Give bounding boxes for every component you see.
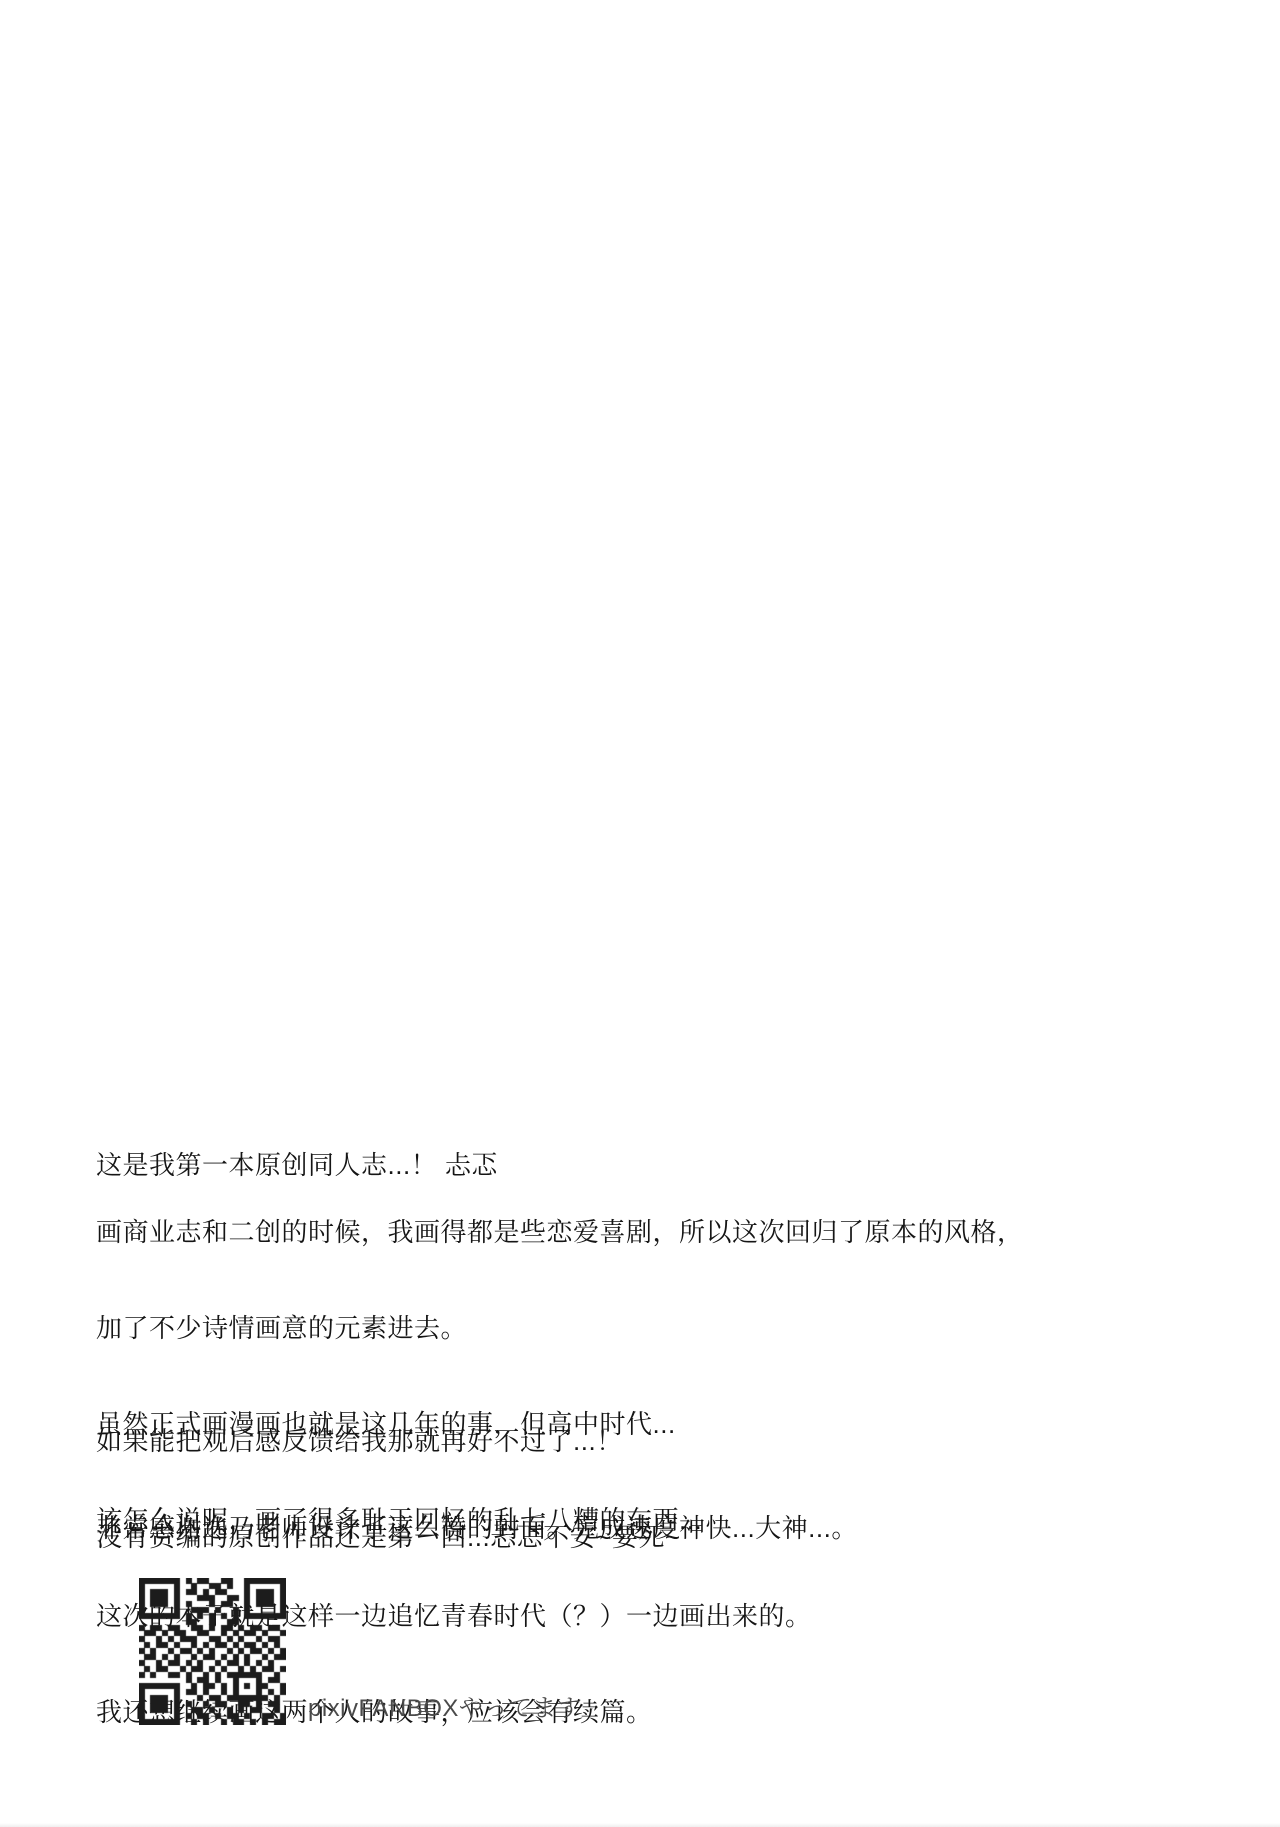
page-scan-edge bbox=[0, 1823, 1280, 1827]
fanbox-label: pixivFANBOXやってます bbox=[308, 1694, 581, 1724]
fanbox-qr-code bbox=[139, 1578, 286, 1725]
scanned-afterword-page: 这是我第一本原创同人志...！ 忐忑 画商业志和二创的时候，我画得都是些恋爱喜剧… bbox=[0, 0, 1280, 1827]
afterword-line: 画商业志和二创的时候，我画得都是些恋爱喜剧，所以这次回归了原本的风格， bbox=[96, 1216, 1024, 1248]
afterword-line: 非常感谢逸乃老师设计了这么赞的封面。完成速度神快...大神...。 bbox=[96, 1512, 858, 1544]
afterword-line: 加了不少诗情画意的元素进去。 bbox=[96, 1312, 1024, 1344]
